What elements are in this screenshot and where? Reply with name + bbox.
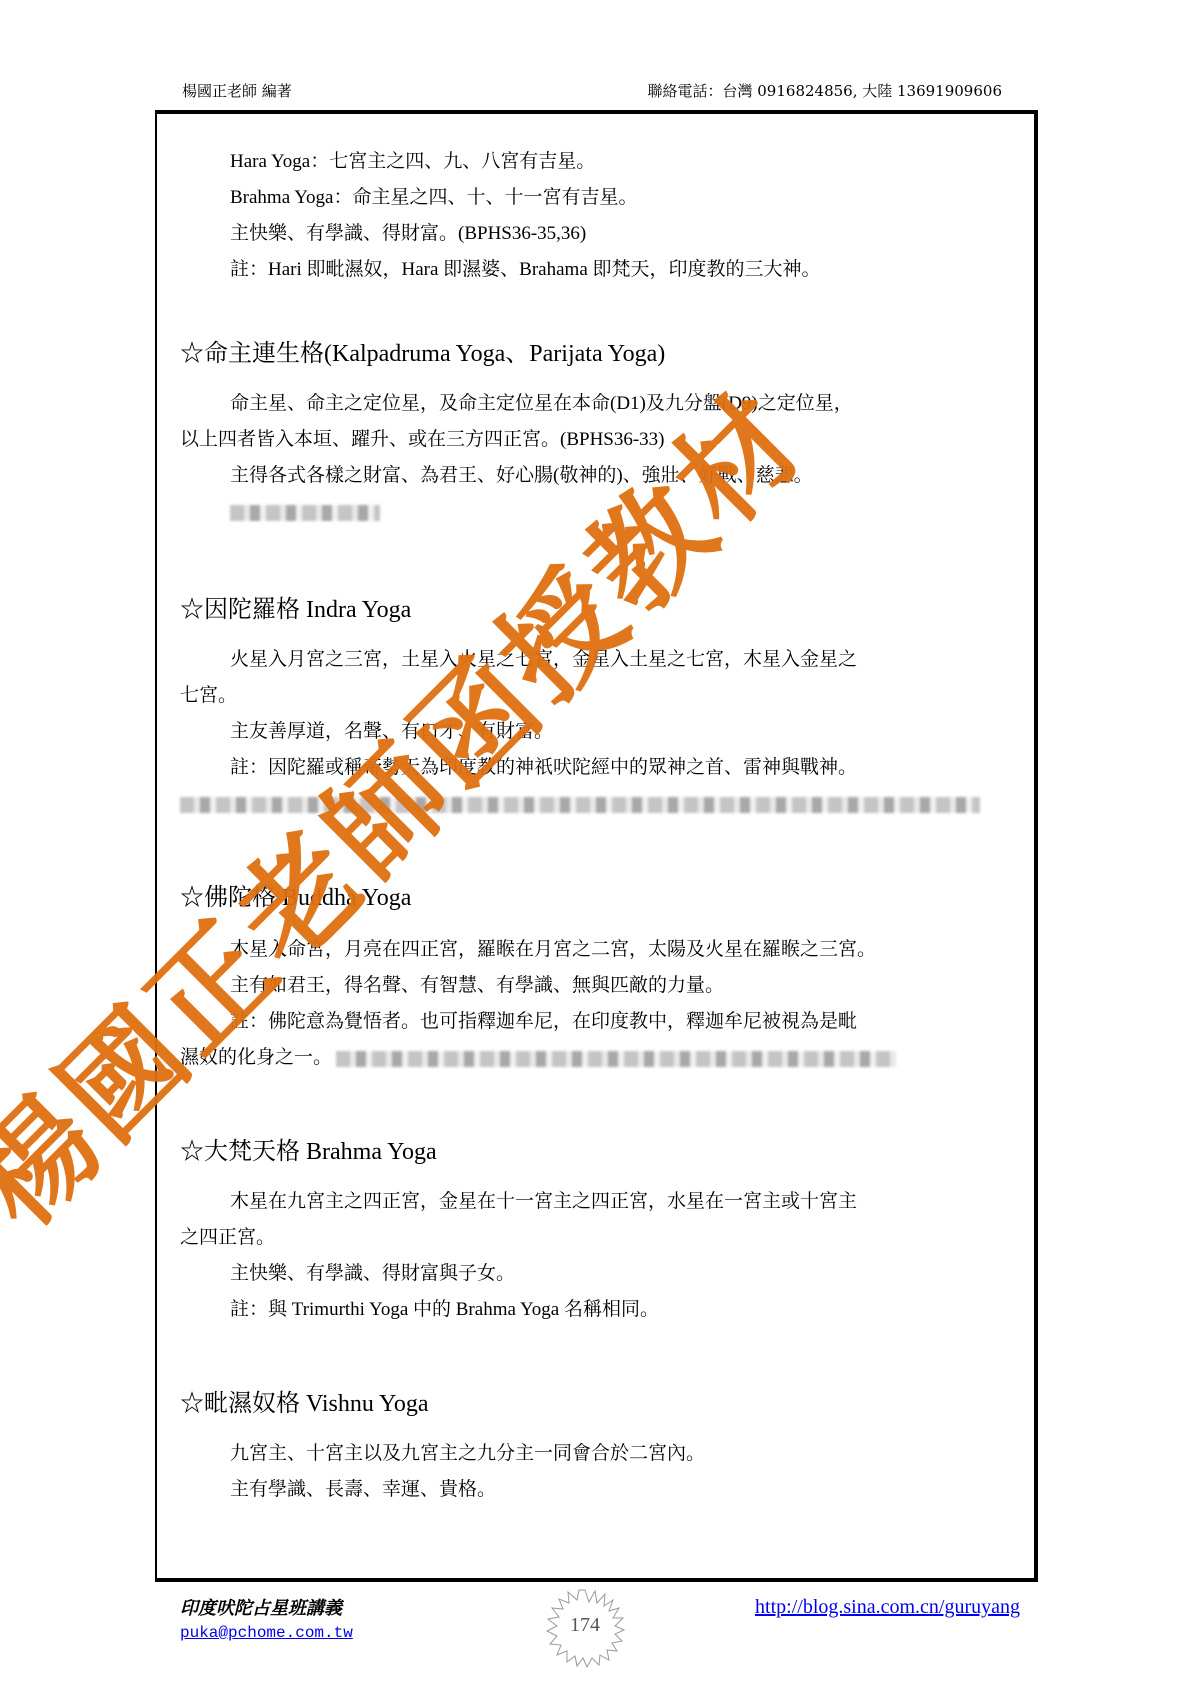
section-heading-vishnu: ☆毗濕奴格 Vishnu Yoga — [180, 1386, 1020, 1422]
intro-line-effects: 主快樂、有學識、得財富。(BPHS36-35,36) — [180, 216, 1070, 252]
intro-note: 註：Hari 即毗濕奴，Hara 即濕婆、Brahama 即梵天，印度教的三大神… — [180, 252, 1070, 288]
contact-phone: 聯絡電話：台灣 0916824856, 大陸 13691909606 — [648, 80, 1003, 101]
section-line: 七宮。 — [180, 678, 1020, 714]
course-title: 印度吠陀占星班講義 — [180, 1594, 342, 1620]
intro-line-hara: Hara Yoga：七宮主之四、九、八宮有吉星。 — [180, 144, 1070, 180]
section-note-continued: 濕奴的化身之一。 — [180, 1040, 1020, 1076]
author-label: 楊國正老師 編著 — [182, 80, 292, 101]
section-heading-kalpadruma: ☆命主連生格(Kalpadruma Yoga、Parijata Yoga) — [180, 336, 1020, 372]
section-line: 火星入月宮之三宮，土星入火星之七宮，金星入土星之七宮，木星入金星之 — [180, 642, 1070, 678]
page-footer: 印度吠陀占星班講義 puka@pchome.com.tw 174 http://… — [180, 1590, 1020, 1670]
section-line: 主得各式各樣之財富、為君王、好心腸(敬神的)、強壯、好戰、慈悲。 — [180, 458, 1070, 494]
section-heading-indra: ☆因陀羅格 Indra Yoga — [180, 592, 1020, 628]
section-line: 木星在九宮主之四正宮，金星在十一宮主之四正宮，水星在一宮主或十宮主 — [180, 1184, 1070, 1220]
section-line: 之四正宮。 — [180, 1220, 1020, 1256]
redacted-line — [180, 786, 1020, 822]
page-number: 174 — [545, 1614, 625, 1637]
section-note: 註：佛陀意為覺悟者。也可指釋迦牟尼，在印度教中，釋迦牟尼被視為是毗 — [180, 1004, 1070, 1040]
section-note: 註：與 Trimurthi Yoga 中的 Brahma Yoga 名稱相同。 — [180, 1292, 1070, 1328]
redacted-line — [180, 494, 1070, 530]
email-link[interactable]: puka@pchome.com.tw — [180, 1624, 353, 1642]
section-heading-buddha: ☆佛陀格 Buddha Yoga — [180, 880, 1020, 916]
section-note: 註：因陀羅或稱帝勢天為印度教的神祇吠陀經中的眾神之首、雷神與戰神。 — [180, 750, 1070, 786]
section-line: 九宮主、十宮主以及九宮主之九分主一同會合於二宮內。 — [180, 1436, 1070, 1472]
section-line: 以上四者皆入本垣、躍升、或在三方四正宮。(BPHS36-33) — [180, 422, 1020, 458]
section-line: 命主星、命主之定位星，及命主定位星在本命(D1)及九分盤(D9)之定位星， — [180, 386, 1070, 422]
section-line: 主友善厚道，名聲、有口才、有財富。 — [180, 714, 1070, 750]
content-frame — [155, 110, 1038, 1582]
blog-link[interactable]: http://blog.sina.com.cn/guruyang — [755, 1596, 1020, 1619]
section-heading-brahma: ☆大梵天格 Brahma Yoga — [180, 1134, 1020, 1170]
section-line: 木星入命宮，月亮在四正宮，羅睺在月宮之二宮，太陽及火星在羅睺之三宮。 — [180, 932, 1070, 968]
section-line: 主有如君王，得名聲、有智慧、有學識、無與匹敵的力量。 — [180, 968, 1070, 1004]
intro-line-brahma: Brahma Yoga：命主星之四、十、十一宮有吉星。 — [180, 180, 1070, 216]
page-header: 楊國正老師 編著 聯絡電話：台灣 0916824856, 大陸 13691909… — [182, 80, 1002, 104]
page-number-badge: 174 — [545, 1588, 625, 1668]
section-line: 主快樂、有學識、得財富與子女。 — [180, 1256, 1070, 1292]
section-line: 主有學識、長壽、幸運、貴格。 — [180, 1472, 1070, 1508]
